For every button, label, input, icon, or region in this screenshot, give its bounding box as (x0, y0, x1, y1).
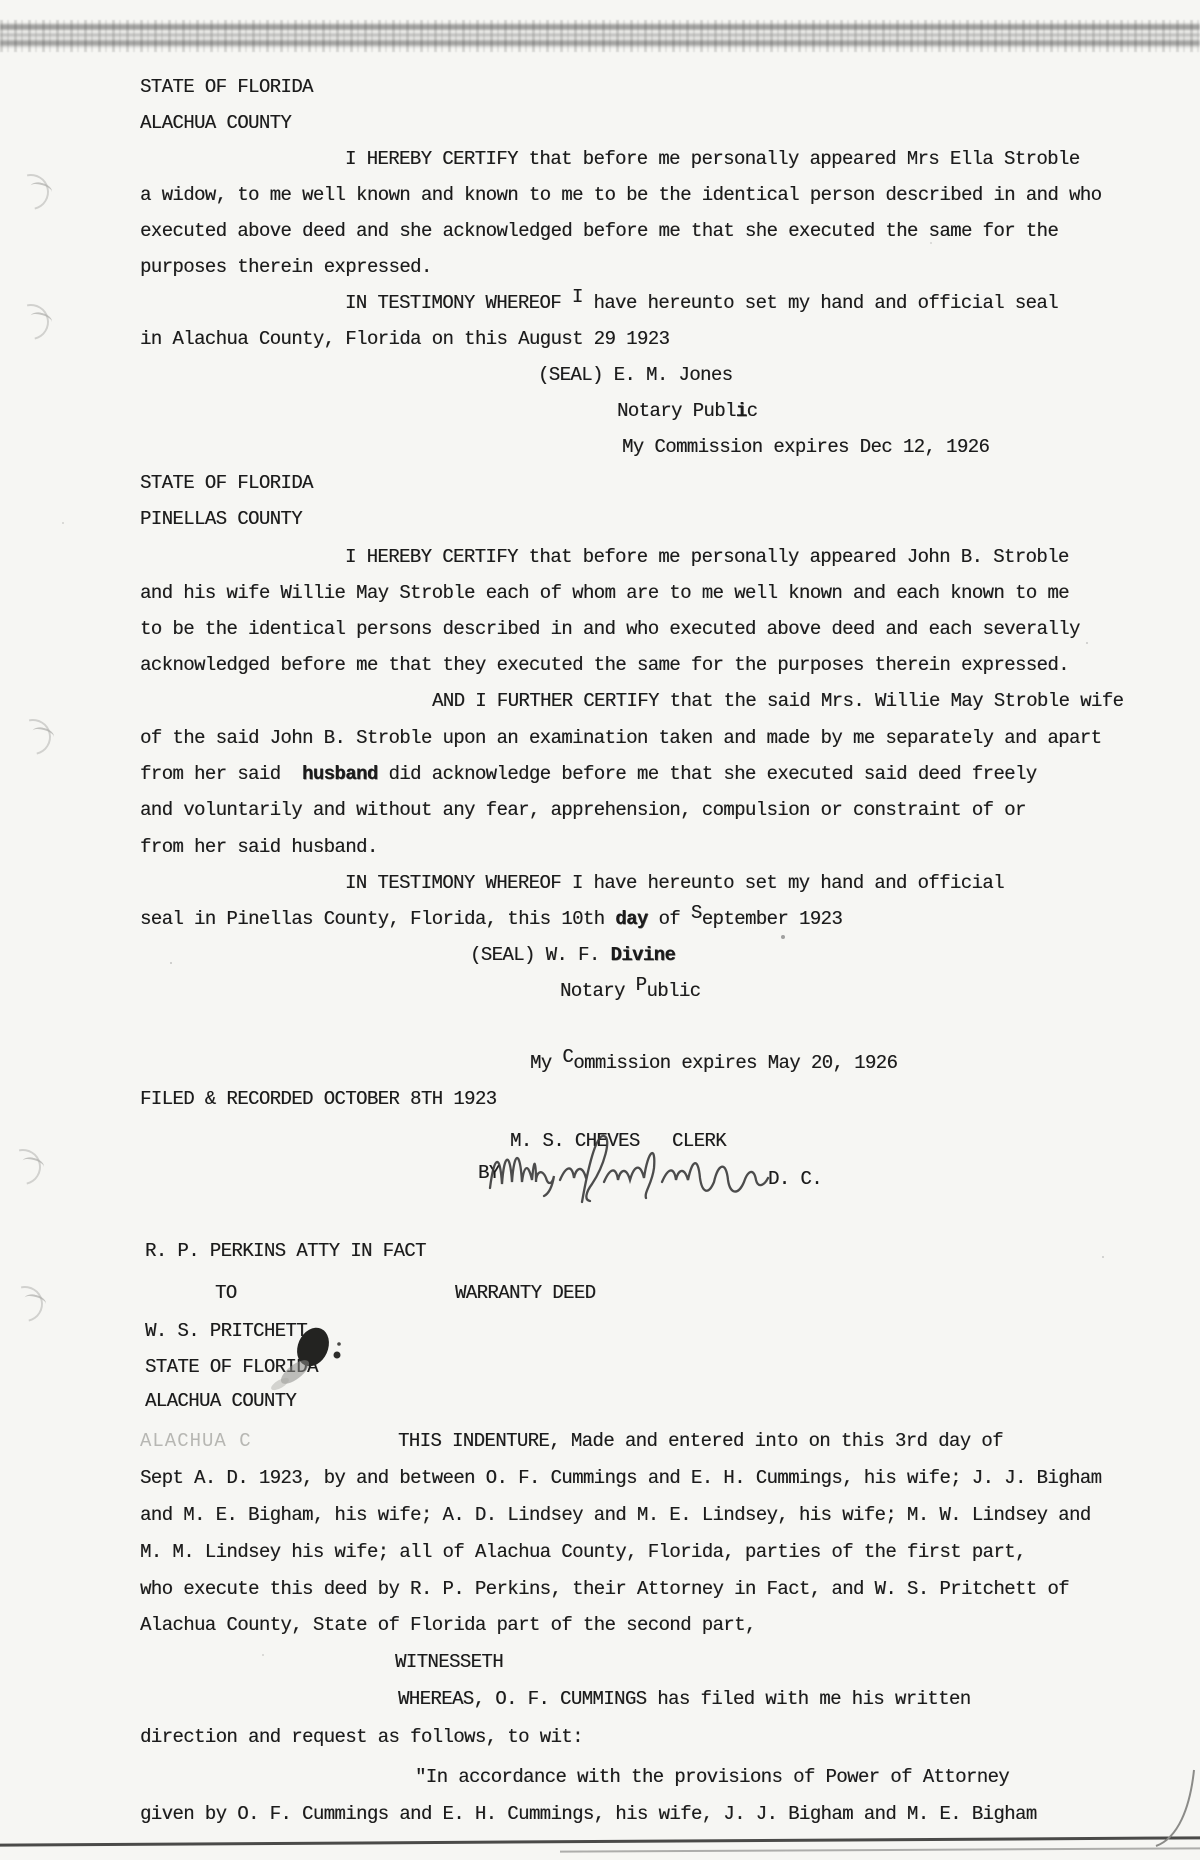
doc-line: of the said John B. Stroble upon an exam… (140, 727, 1101, 749)
doc-line: seal in Pinellas County, Florida, this 1… (140, 908, 842, 930)
doc-line: I HEREBY CERTIFY that before me personal… (345, 546, 1069, 568)
doc-line: WITNESSETH (395, 1651, 503, 1673)
doc-line: from her said husband did acknowledge be… (140, 763, 1037, 785)
document-page: STATE OF FLORIDAALACHUA COUNTYI HEREBY C… (0, 0, 1200, 1860)
page-bottom-edge-2 (560, 1847, 1200, 1852)
doc-line: WARRANTY DEED (455, 1282, 595, 1304)
doc-line: Notary Public (560, 980, 700, 1002)
doc-line: ALACHUA COUNTY (145, 1390, 296, 1412)
doc-line: from her said husband. (140, 836, 378, 858)
doc-line: IN TESTIMONY WHEREOF I have hereunto set… (345, 292, 1058, 314)
doc-line: I HEREBY CERTIFY that before me personal… (345, 148, 1080, 170)
doc-line: STATE OF FLORIDA (140, 76, 313, 98)
doc-line: given by O. F. Cummings and E. H. Cummin… (140, 1803, 1037, 1825)
doc-line: STATE OF FLORIDA (140, 472, 313, 494)
scan-edge-line (0, 33, 1200, 37)
doc-line: Alachua County, State of Florida part of… (140, 1614, 756, 1636)
page-bottom-edge (0, 1836, 1200, 1846)
doc-line: IN TESTIMONY WHEREOF I have hereunto set… (345, 872, 1004, 894)
doc-line: W. S. PRITCHETT (145, 1320, 307, 1342)
doc-line: direction and request as follows, to wit… (140, 1726, 583, 1748)
doc-line: D. C. (768, 1168, 822, 1190)
doc-line: AND I FURTHER CERTIFY that the said Mrs.… (432, 690, 1123, 712)
doc-line: WHEREAS, O. F. CUMMINGS has filed with m… (398, 1688, 971, 1710)
page-corner-curve (1152, 1766, 1200, 1852)
ring-mark (6, 297, 56, 347)
doc-line: and his wife Willie May Stroble each of … (140, 582, 1069, 604)
doc-line: TO (215, 1282, 237, 1304)
scan-speckles (0, 0, 2, 2)
doc-line: executed above deed and she acknowledged… (140, 220, 1058, 242)
doc-line: FILED & RECORDED OCTOBER 8TH 1923 (140, 1088, 496, 1110)
doc-line: Sept A. D. 1923, by and between O. F. Cu… (140, 1467, 1101, 1489)
doc-line: PINELLAS COUNTY (140, 508, 302, 530)
doc-line: My Commission expires Dec 12, 1926 (622, 436, 989, 458)
doc-line: (SEAL) E. M. Jones (538, 364, 732, 386)
ring-mark (8, 712, 58, 762)
doc-line: "In accordance with the provisions of Po… (415, 1766, 1009, 1788)
faded-stamp: ALACHUA C (140, 1430, 252, 1452)
doc-line: who execute this deed by R. P. Perkins, … (140, 1578, 1069, 1600)
doc-line: Notary Public (617, 400, 757, 422)
doc-line: M. M. Lindsey his wife; all of Alachua C… (140, 1541, 1026, 1563)
doc-line: in Alachua County, Florida on this Augus… (140, 328, 669, 350)
ring-mark (6, 167, 56, 217)
doc-line: STATE OF FLORIDA (145, 1356, 318, 1378)
doc-line: BY (478, 1162, 500, 1184)
scan-edge-line (0, 40, 1200, 46)
doc-line: My Commission expires May 20, 1926 (530, 1052, 897, 1074)
doc-line: and M. E. Bigham, his wife; A. D. Lindse… (140, 1504, 1091, 1526)
doc-line: CLERK (672, 1130, 726, 1152)
doc-line: M. S. CHEVES (510, 1130, 640, 1152)
ring-mark (0, 1142, 48, 1192)
doc-line: THIS INDENTURE, Made and entered into on… (398, 1430, 1003, 1452)
doc-line: to be the identical persons described in… (140, 618, 1080, 640)
doc-line: acknowledged before me that they execute… (140, 654, 1069, 676)
doc-line: a widow, to me well known and known to m… (140, 184, 1101, 206)
doc-line: and voluntarily and without any fear, ap… (140, 799, 1026, 821)
ring-mark (0, 1279, 50, 1329)
doc-line: ALACHUA COUNTY (140, 112, 291, 134)
doc-line: R. P. PERKINS ATTY IN FACT (145, 1240, 426, 1262)
doc-line: purposes therein expressed. (140, 256, 432, 278)
doc-line: (SEAL) W. F. Divine (470, 944, 675, 966)
scan-edge-line (0, 24, 1200, 30)
